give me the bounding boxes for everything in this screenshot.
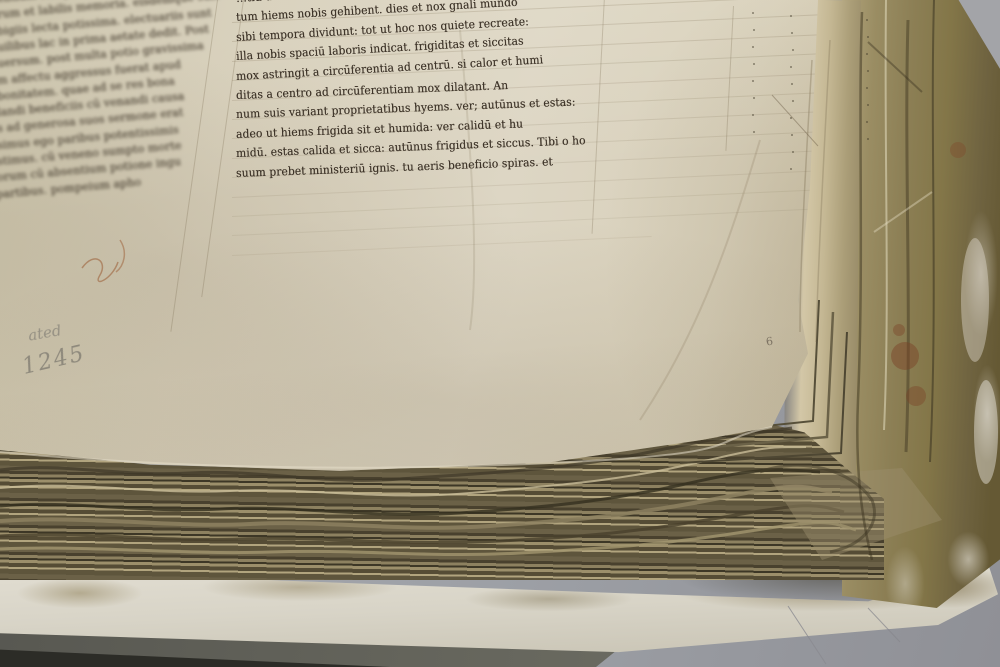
pricking-dots-foredge xyxy=(0,0,1000,667)
manuscript-photograph: …entium sumpto … personis se…rum et labi… xyxy=(0,0,1000,667)
prick-dot xyxy=(866,87,868,89)
prick-dot xyxy=(866,53,868,55)
prick-dot xyxy=(867,70,869,72)
prick-dot xyxy=(867,138,869,140)
prick-dot xyxy=(867,36,869,38)
prick-dot xyxy=(867,104,869,106)
prick-dot xyxy=(866,19,868,21)
prick-dot xyxy=(866,121,868,123)
